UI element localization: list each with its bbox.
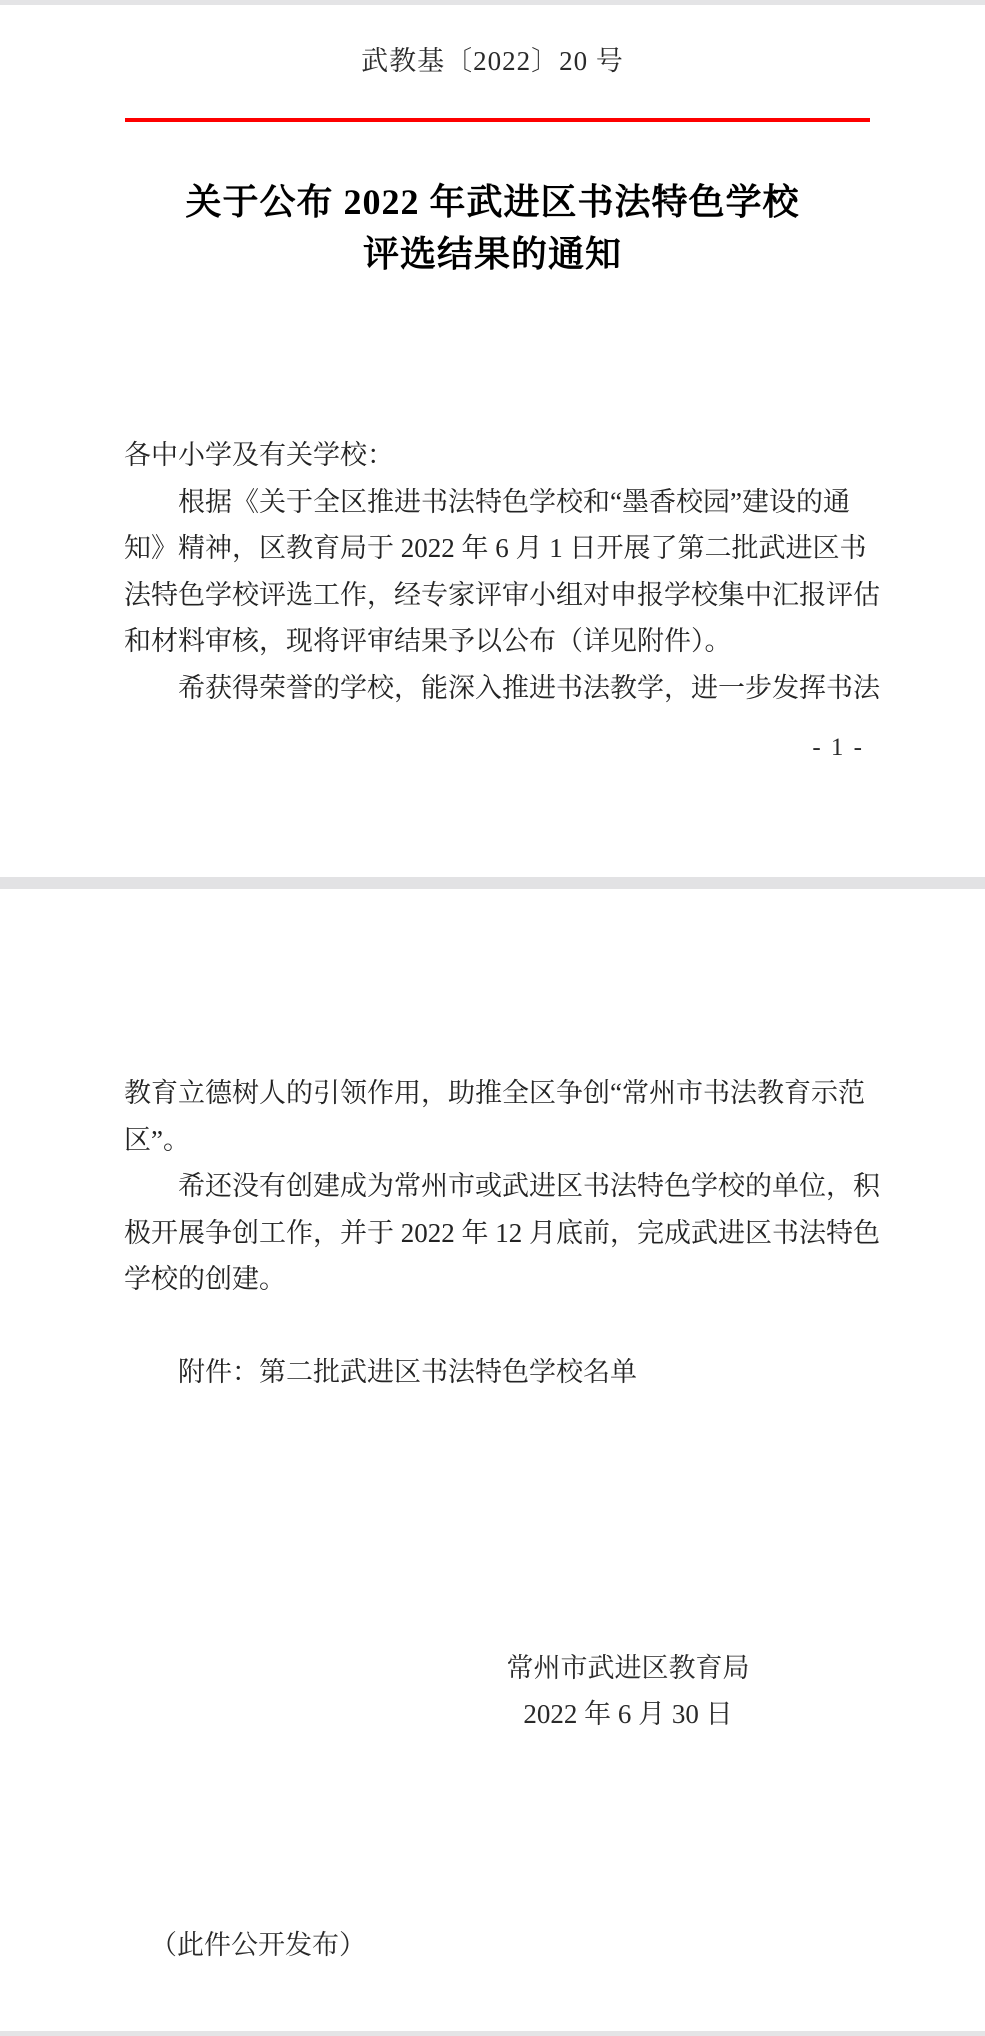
signer-name: 常州市武进区教育局 [443,1645,813,1691]
doc-title: 关于公布 2022 年武进区书法特色学校 评选结果的通知 [0,176,985,280]
body-line: 根据《关于全区推进书法特色学校和“墨香校园”建设的通 [124,479,884,526]
doc-title-line-1: 关于公布 2022 年武进区书法特色学校 [0,176,985,228]
body-line: 法特色学校评选工作，经专家评审小组对申报学校集中汇报评估 [124,572,884,619]
red-divider-line [125,118,870,122]
body-line: 教育立德树人的引领作用，助推全区争创“常州市书法教育示范 [124,1070,884,1117]
issue-date: 2022 年 6 月 30 日 [443,1691,813,1737]
doc-title-line-2: 评选结果的通知 [0,228,985,280]
salutation-line: 各中小学及有关学校： [124,432,884,479]
notice-document-page: { "document": { "doc_number": "武教基〔2022〕… [0,0,985,2036]
page1-body: 各中小学及有关学校： 根据《关于全区推进书法特色学校和“墨香校园”建设的通 知》… [124,432,884,711]
signature-block: 常州市武进区教育局 2022 年 6 月 30 日 [443,1645,813,1737]
body-line: 和材料审核，现将评审结果予以公布（详见附件）。 [124,618,884,665]
body-line: 学校的创建。 [124,1256,884,1303]
page2-body: 教育立德树人的引领作用，助推全区争创“常州市书法教育示范 区”。 希还没有创建成… [124,1070,884,1396]
footer-note: （此件公开发布） [150,1928,366,1962]
page-number: - 1 - [812,733,864,763]
page-gap-separator [0,877,985,889]
doc-number: 武教基〔2022〕20 号 [0,44,985,78]
body-line: 知》精神，区教育局于 2022 年 6 月 1 日开展了第二批武进区书 [124,525,884,572]
body-line: 极开展争创工作，并于 2022 年 12 月底前，完成武进区书法特色 [124,1210,884,1257]
attachment-line: 附件：第二批武进区书法特色学校名单 [124,1349,884,1396]
body-line: 希还没有创建成为常州市或武进区书法特色学校的单位，积 [124,1163,884,1210]
body-line: 希获得荣誉的学校，能深入推进书法教学，进一步发挥书法 [124,665,884,712]
viewer-page-bottom-edge [0,2031,985,2036]
body-line: 区”。 [124,1117,884,1164]
blank-line [124,1303,884,1350]
viewer-page-top-edge [0,0,985,5]
